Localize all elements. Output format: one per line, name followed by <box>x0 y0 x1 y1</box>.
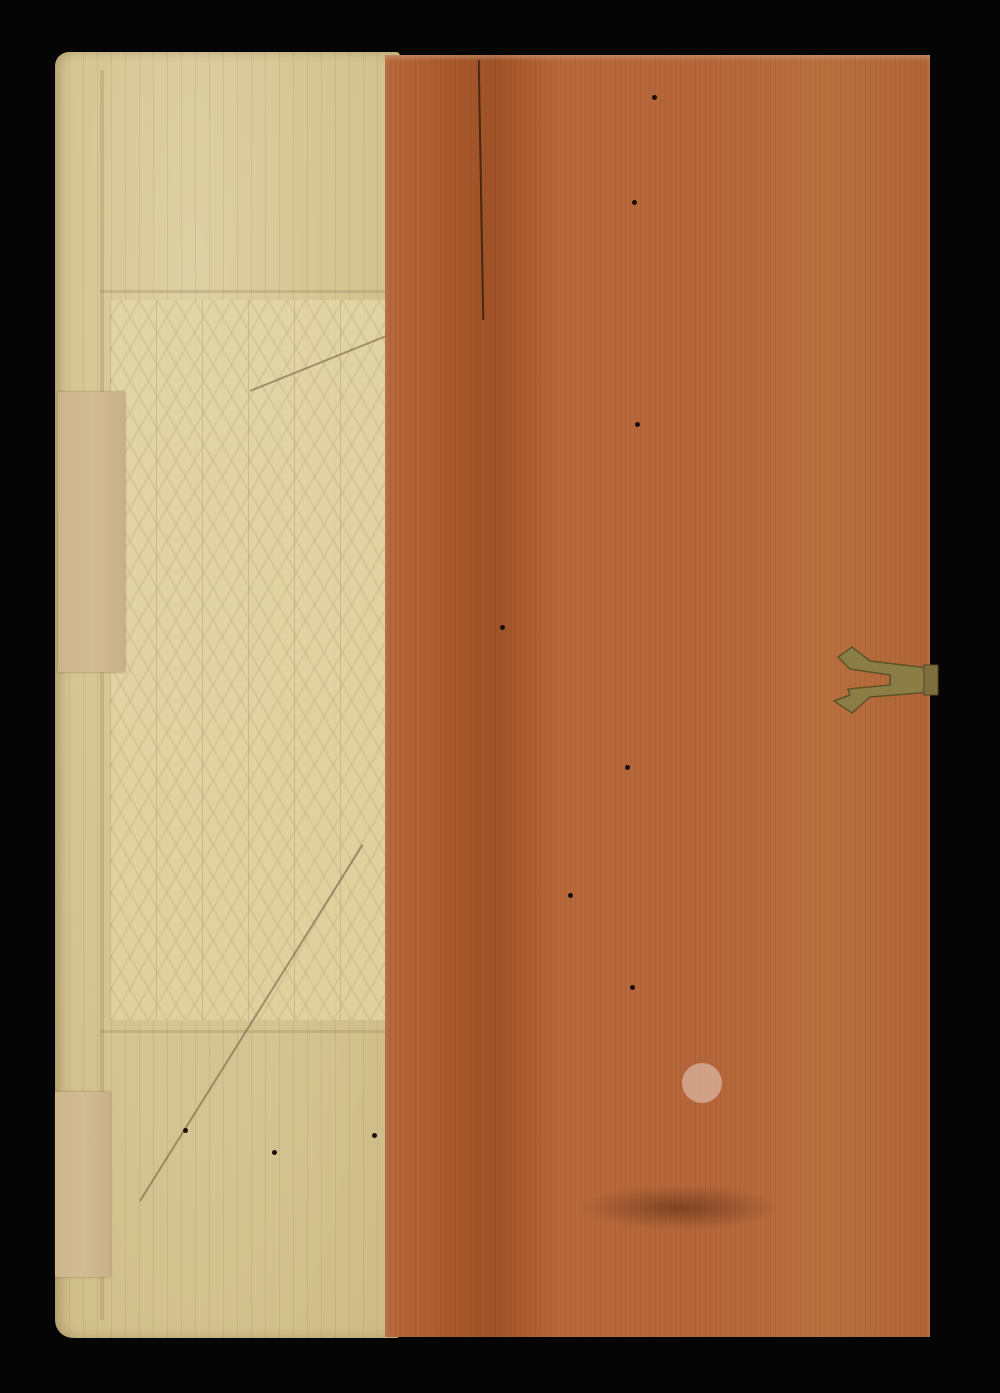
spine-label-lower <box>55 1092 110 1277</box>
worm-hole <box>272 1150 277 1155</box>
worm-hole <box>625 765 630 770</box>
worm-hole <box>632 200 637 205</box>
brass-clasp-icon <box>830 645 940 715</box>
ink-stain <box>580 1185 780 1230</box>
worm-hole <box>500 625 505 630</box>
worm-hole <box>652 95 657 100</box>
worm-hole <box>372 1133 377 1138</box>
tooled-pattern <box>110 300 390 1020</box>
worm-hole <box>183 1128 188 1133</box>
pale-spot <box>682 1063 722 1103</box>
tooling-band <box>100 290 390 293</box>
spine-label-upper <box>58 392 125 672</box>
worm-hole <box>630 985 635 990</box>
worm-hole <box>568 893 573 898</box>
worm-hole <box>635 422 640 427</box>
